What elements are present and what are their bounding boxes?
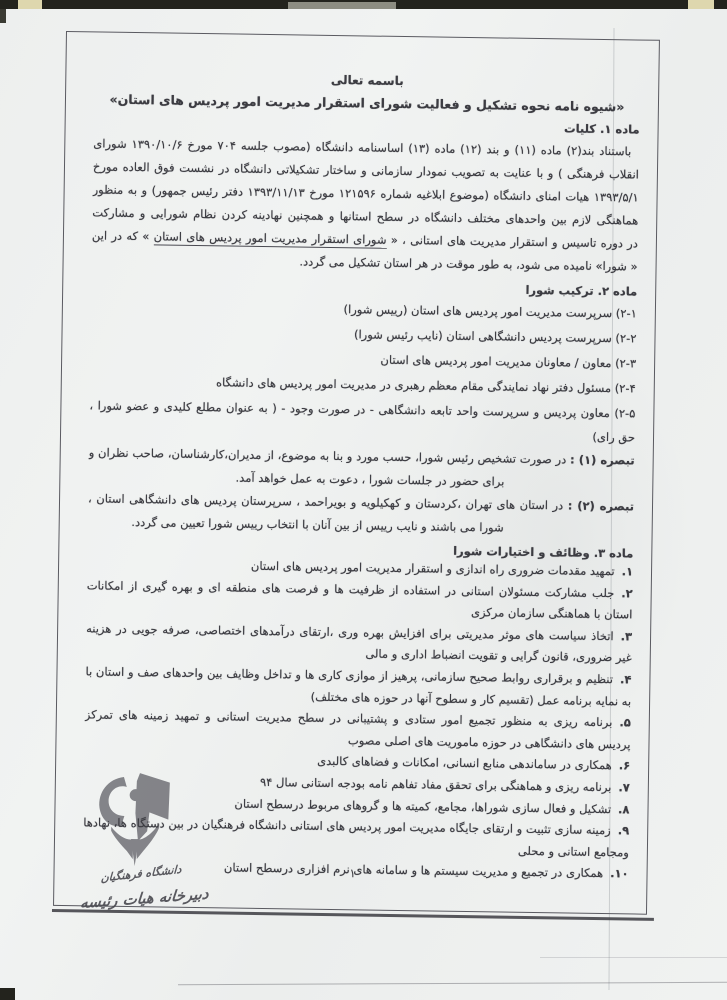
- item-number: ۵.: [612, 715, 631, 729]
- item-number: ۴.: [613, 672, 632, 686]
- item-text: برنامه ریزی به منظور تجمیع امور ستادی و …: [85, 708, 613, 730]
- article-1-paragraph: باستناد بند(۲) ماده (۱۱) و بند (۱۲) ماده…: [91, 132, 639, 278]
- underlined-council-name: شورای استقرار مدیریت امور پردیس های استا…: [154, 229, 387, 248]
- note-label: تبصره (۲) :: [568, 498, 634, 513]
- bismillah-header: باسمه تعالی: [94, 69, 640, 91]
- item-text: تشکیل و فعال سازی شوراها، مجامع، کمیته ه…: [234, 796, 611, 816]
- scanner-edge-bottom-left: [0, 988, 15, 1000]
- item-number: ۲.: [614, 586, 633, 600]
- scanner-edge-patch: [688, 0, 714, 9]
- item-text: همکاری در تجمیع و مدیریت سیستم ها و ساما…: [224, 861, 603, 881]
- item-number: ۸.: [611, 802, 630, 816]
- document-title: «شیوه نامه نحوه تشکیل و فعالیت شورای است…: [94, 91, 640, 114]
- page-border-frame: دانشگاه فرهنگیان دبیرخانه هیات رئیسه باس…: [53, 31, 660, 915]
- paper-crease-horizontal: [178, 982, 727, 985]
- scanned-document-page: دانشگاه فرهنگیان دبیرخانه هیات رئیسه باس…: [0, 0, 727, 1000]
- document-body: باسمه تعالی «شیوه نامه نحوه تشکیل و فعال…: [54, 32, 659, 914]
- item-text: برنامه ریزی و هماهنگی برای تحقق مفاد تفا…: [260, 775, 612, 794]
- article-2-list: ۲-۱) سرپرست مدیریت امور پردیس های استان …: [89, 293, 637, 449]
- scanner-edge-left: [0, 9, 6, 23]
- item-number: ۱.: [615, 564, 634, 578]
- scanner-edge-top: [0, 0, 727, 9]
- item-number: ۱۰.: [603, 866, 629, 880]
- note-2: تبصره (۲) : در استان های تهران ،کردستان …: [88, 487, 635, 541]
- item-text: زمینه سازی تثبیت و ارتقای جایگاه مدیریت …: [83, 815, 611, 837]
- item-text: همکاری در ساماندهی منابع انسانی، امکانات…: [317, 754, 612, 772]
- item-number: ۶.: [612, 759, 631, 773]
- article-3-list: ۱.تمهید مقدمات ضروری راه اندازی و استقرا…: [82, 553, 633, 885]
- note-1: تبصره (۱) : در صورت تشخیص رئیس شورا، حسب…: [88, 441, 635, 495]
- line-text: در دوره تاسیس و استقرار مدیریت های استان…: [386, 233, 638, 251]
- page-number: ۱: [342, 866, 362, 880]
- scanner-edge-patch: [18, 0, 42, 9]
- paper-crease-horizontal: [540, 957, 727, 958]
- note-label: تبصره (۱) :: [570, 453, 635, 468]
- item-number: ۹.: [611, 823, 630, 837]
- item-number: ۳.: [614, 629, 633, 643]
- item-text: تمهید مقدمات ضروری راه اندازی و استقرار …: [251, 559, 615, 578]
- item-number: ۷.: [611, 780, 630, 794]
- scanner-edge-patch: [288, 2, 396, 9]
